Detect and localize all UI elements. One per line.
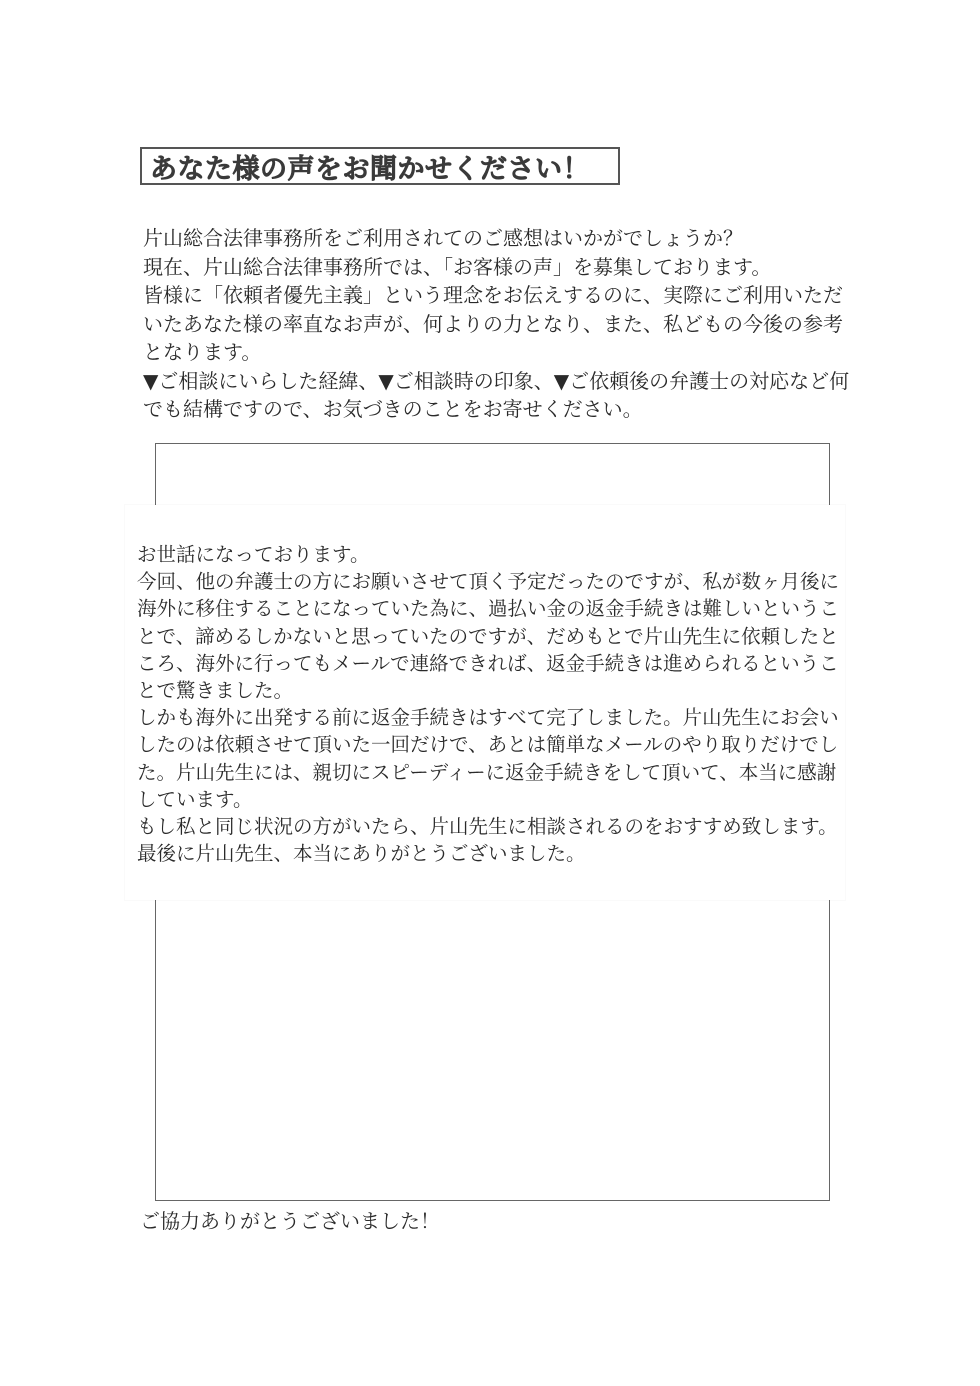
testimonial-paragraph: 最後に片山先生、本当にありがとうございました。	[137, 840, 842, 867]
intro-paragraph: 現在、片山総合法律事務所では、「お客様の声」を募集しております。	[143, 253, 853, 282]
intro-section: 片山総合法律事務所をご利用されてのご感想はいかがでしょうか？ 現在、片山総合法律…	[143, 224, 853, 424]
page-title: あなた様の声をお聞かせください！	[150, 147, 590, 186]
testimonial-text: お世話になっております。 今回、他の弁護士の方にお願いさせて頂く予定だったのです…	[137, 541, 842, 867]
intro-paragraph: ▼ご相談にいらした経緯、▼ご相談時の印象、▼ご依頼後の弁護士の対応など何でも結構…	[143, 367, 853, 424]
intro-paragraph: 片山総合法律事務所をご利用されてのご感想はいかがでしょうか？	[143, 224, 853, 253]
title-banner: あなた様の声をお聞かせください！	[140, 147, 620, 185]
testimonial-paragraph: 今回、他の弁護士の方にお願いさせて頂く予定だったのですが、私が数ヶ月後に海外に移…	[137, 568, 842, 704]
testimonial-paragraph: もし私と同じ状況の方がいたら、片山先生に相談されるのをおすすめ致します。	[137, 813, 842, 840]
testimonial-card: お世話になっております。 今回、他の弁護士の方にお願いさせて頂く予定だったのです…	[125, 505, 845, 900]
footer-thanks: ご協力ありがとうございました！	[140, 1205, 440, 1234]
testimonial-paragraph: しかも海外に出発する前に返金手続きはすべて完了しました。片山先生にお会いしたのは…	[137, 704, 842, 813]
intro-paragraph: 皆様に「依頼者優先主義」という理念をお伝えするのに、実際にご利用いただいたあなた…	[143, 281, 853, 367]
testimonial-paragraph: お世話になっております。	[137, 541, 842, 568]
